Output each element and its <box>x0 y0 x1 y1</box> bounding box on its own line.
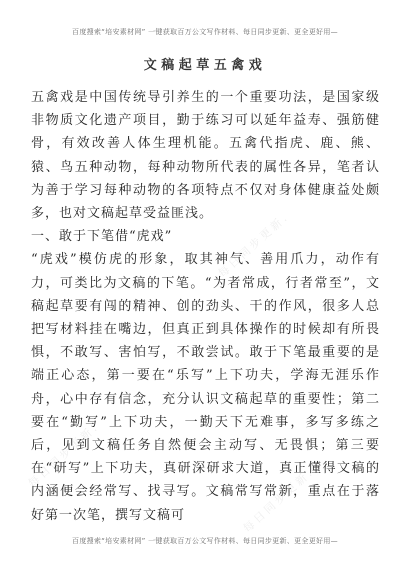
page-header-note: 百度搜索“培安素材网” 一键获取百万公文写作材料、每日同步更新、更全更好用— <box>30 27 380 37</box>
document-title: 文稿起草五禽戏 <box>0 54 410 73</box>
document-page: 百度搜索“培安素材网” 一键获取百万公文写作材料、每日同步更新、更全更好用— 每… <box>0 0 410 580</box>
intro-paragraph: 五禽戏是中国传统导引养生的一个重要功法，是国家级非物质文化遗产项目，勤于练习可以… <box>31 86 380 225</box>
document-body: 五禽戏是中国传统导引养生的一个重要功法，是国家级非物质文化遗产项目，勤于练习可以… <box>31 86 380 527</box>
section-heading: 一、敢于下笔借“虎戏” <box>31 225 380 248</box>
section-paragraph: “虎戏”模仿虎的形象，取其神气、善用爪力，动作有力，可类比为文稿的下笔。“为者常… <box>31 248 380 526</box>
page-footer-note: 百度搜索“培安素材网” 一键获取百万公文写作材料、每日同步更新、更全更好用— <box>30 536 380 546</box>
